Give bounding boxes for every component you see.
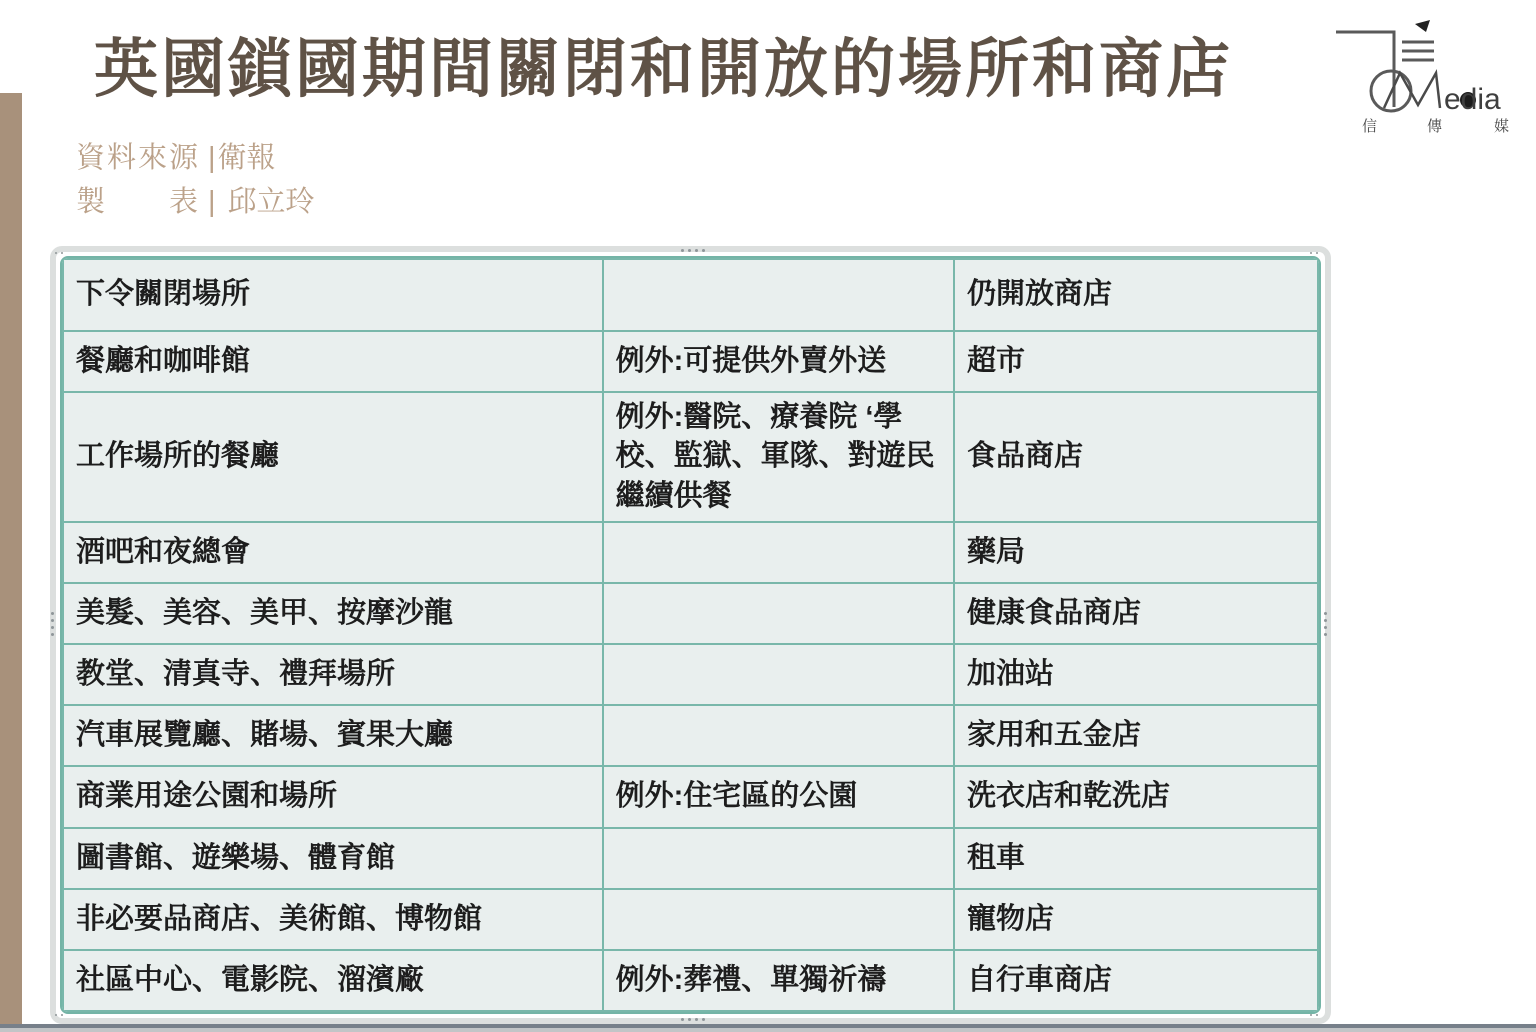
logo-flag-icon [1415,20,1430,32]
table-body: 餐廳和咖啡館例外:可提供外賣外送超市工作場所的餐廳例外:醫院、療養院 ‘學校、監… [63,331,1318,1011]
logo-zh-2: 傳 [1427,118,1442,135]
frame-handle-top[interactable] [681,249,705,252]
column-header-1 [603,259,954,331]
column-header-0: 下令關閉場所 [63,259,603,331]
table-cell-r8-c0: 非必要品商店、美術館、博物館 [63,889,603,950]
frame-handle-bottom[interactable] [681,1018,705,1021]
table-cell-r4-c1 [603,644,954,705]
frame-handle-top-left[interactable] [55,252,63,254]
table-row-6: 商業用途公園和場所例外:住宅區的公園洗衣店和乾洗店 [63,766,1318,827]
cmmedia-logo: edia 信 傳 媒 [1322,10,1527,135]
source-block: 資料來源 | 衛報 製表 | 邱立玲 [76,136,315,224]
frame-handle-bottom-left[interactable] [55,1014,63,1016]
frame-handle-top-right[interactable] [1310,252,1318,254]
left-accent-bar [0,93,22,1032]
table-cell-r5-c0: 汽車展覽廳、賭場、賓果大廳 [63,705,603,766]
table-cell-r0-c2: 超市 [954,331,1318,392]
table-cell-r6-c1: 例外:住宅區的公園 [603,766,954,827]
table-row-3: 美髮、美容、美甲、按摩沙龍健康食品商店 [63,583,1318,644]
table-wrapper: 下令關閉場所仍開放商店 餐廳和咖啡館例外:可提供外賣外送超市工作場所的餐廳例外:… [60,256,1321,1014]
table-cell-r3-c0: 美髮、美容、美甲、按摩沙龍 [63,583,603,644]
author-pipe: | [208,180,216,224]
table-cell-r2-c1 [603,522,954,583]
table-cell-r7-c1 [603,828,954,889]
table-row-9: 社區中心、電影院、溜濱廠例外:葬禮、單獨祈禱自行車商店 [63,950,1318,1011]
source-pipe: | [208,136,216,180]
table-cell-r2-c0: 酒吧和夜總會 [63,522,603,583]
window-bottom-strip[interactable] [0,1028,1536,1032]
table-cell-r5-c2: 家用和五金店 [954,705,1318,766]
table-cell-r7-c0: 圖書館、遊樂場、體育館 [63,828,603,889]
frame-handle-right[interactable] [1324,612,1327,636]
table-cell-r7-c2: 租車 [954,828,1318,889]
table-cell-r4-c2: 加油站 [954,644,1318,705]
table-cell-r8-c2: 寵物店 [954,889,1318,950]
table-cell-r9-c1: 例外:葬禮、單獨祈禱 [603,950,954,1011]
logo-zh-1: 信 [1362,118,1377,135]
table-cell-r6-c0: 商業用途公園和場所 [63,766,603,827]
table-cell-r4-c0: 教堂、清真寺、禮拜場所 [63,644,603,705]
source-label: 資料來源 [76,136,198,180]
author-value: 邱立玲 [228,180,315,224]
table-row-7: 圖書館、遊樂場、體育館租車 [63,828,1318,889]
table-cell-r2-c2: 藥局 [954,522,1318,583]
table-row-5: 汽車展覽廳、賭場、賓果大廳家用和五金店 [63,705,1318,766]
table-cell-r1-c1: 例外:醫院、療養院 ‘學校、監獄、軍隊、對遊民繼續供餐 [603,392,954,522]
table-row-8: 非必要品商店、美術館、博物館寵物店 [63,889,1318,950]
logo-zh-3: 媒 [1494,117,1509,135]
header-row: 下令關閉場所仍開放商店 [63,259,1318,331]
page-title: 英國鎖國期間關閉和開放的場所和商店 [94,18,1324,110]
table-cell-r1-c2: 食品商店 [954,392,1318,522]
table-selection-frame: 下令關閉場所仍開放商店 餐廳和咖啡館例外:可提供外賣外送超市工作場所的餐廳例外:… [50,246,1331,1024]
table-cell-r6-c2: 洗衣店和乾洗店 [954,766,1318,827]
table-cell-r3-c1 [603,583,954,644]
source-line-2: 製表 | 邱立玲 [76,180,315,224]
table-cell-r0-c1: 例外:可提供外賣外送 [603,331,954,392]
source-line-1: 資料來源 | 衛報 [76,136,315,180]
author-label: 製表 [76,180,198,224]
table-row-0: 餐廳和咖啡館例外:可提供外賣外送超市 [63,331,1318,392]
logo-xin-strokes [1336,32,1434,107]
table-row-4: 教堂、清真寺、禮拜場所加油站 [63,644,1318,705]
table-header: 下令關閉場所仍開放商店 [63,259,1318,331]
table-row-1: 工作場所的餐廳例外:醫院、療養院 ‘學校、監獄、軍隊、對遊民繼續供餐食品商店 [63,392,1318,522]
table-cell-r0-c0: 餐廳和咖啡館 [63,331,603,392]
table-cell-r1-c0: 工作場所的餐廳 [63,392,603,522]
column-header-2: 仍開放商店 [954,259,1318,331]
logo-brand-text: edia [1444,83,1501,116]
frame-handle-left[interactable] [51,612,54,636]
source-value: 衛報 [218,136,276,180]
frame-handle-bottom-right[interactable] [1310,1014,1318,1016]
table-cell-r8-c1 [603,889,954,950]
table-cell-r9-c0: 社區中心、電影院、溜濱廠 [63,950,603,1011]
table-cell-r3-c2: 健康食品商店 [954,583,1318,644]
table-cell-r5-c1 [603,705,954,766]
lockdown-table: 下令關閉場所仍開放商店 餐廳和咖啡館例外:可提供外賣外送超市工作場所的餐廳例外:… [62,258,1319,1012]
table-row-2: 酒吧和夜總會藥局 [63,522,1318,583]
table-cell-r9-c2: 自行車商店 [954,950,1318,1011]
